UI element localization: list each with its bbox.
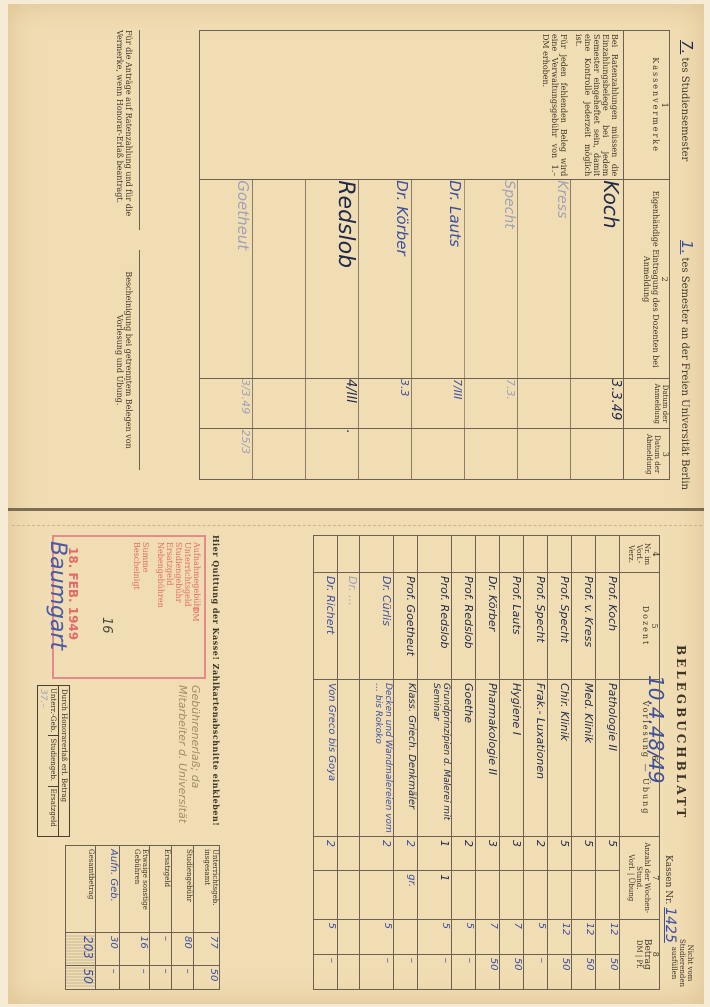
receipt-area: Hier Quittung der Kasse! Zahlkartenabsch… — [30, 535, 220, 835]
table-row: Dr. CürlisDecken und Wandmalereien vom …… — [360, 536, 394, 990]
footer-ratenzahlung-note: Für die Anträge auf Ratenzahlung und für… — [115, 30, 140, 230]
col-1-header: 1 Kassenvermerke — [624, 31, 670, 180]
not-by-students-note: Nicht vom Studierenden ausfüllen — [670, 935, 694, 991]
totals-table: Unterrichtsgeb. insgesamt7750 Studiengeb… — [65, 845, 220, 990]
col-6-header: 6Vorlesung — Übung — [620, 680, 660, 837]
table-row: Dr. KörberPharmakologie II3750 — [476, 536, 500, 990]
col-4-header: 4Nr. im Vorl.-Verz. — [620, 536, 660, 573]
cashier-stamp: Aufnahmegebühr Unterrichtsgeld Studienge… — [52, 535, 206, 679]
table-row: Prof. GoetheutKlass. Griech. Denkmäler2g… — [394, 536, 418, 990]
signatures-cell: Koch Kress Specht Dr. Lauts Dr. Körber R… — [200, 180, 624, 379]
col-3a-header: Datum der Anmeldung — [624, 378, 670, 429]
date-in-cell: 3.3.49 7.3. 7/III 3.3 4/III 3/3.49 — [200, 378, 624, 429]
page-title: BELEGBUCHBLATT — [674, 645, 688, 820]
totals-row: Unterrichtsgeb. insgesamt7750 — [194, 846, 220, 990]
fu-semester-line: 1. tes Semester an der Freien Universitä… — [678, 240, 696, 490]
table-row: Dr. … — [338, 536, 360, 990]
grand-total-row: Gesamtbetrag20350 — [66, 846, 96, 990]
honorar-box: Durch Honorarerlaß erl. Betrag Unterr.-G… — [37, 685, 70, 837]
top-page: 7. tes Studiensemester 1. tes Semester a… — [20, 20, 700, 490]
table-row: Prof. v. KressMed. Klinik51250 — [572, 536, 596, 990]
footer-bescheinigung-note: Bescheinigung bei getrenntem Belegen von… — [115, 250, 140, 470]
instructions-cell: Bei Ratenzahlungen müssen die Einzahlung… — [200, 31, 624, 180]
col-8-header: 8BetragDM | Pf. — [620, 919, 660, 989]
table-row: Prof. SpechtFrak.- Luxationen25– — [524, 536, 548, 990]
cashier-signature: Baumgart — [45, 541, 70, 650]
bottom-page: BELEGBUCHBLATT 10.4.48/49 Kassen Nr. 142… — [20, 525, 700, 995]
table-row: Prof. KochPathologie II51250 — [596, 536, 620, 990]
col-2-header: 2 Eigenhändige Eintragung des Dozenten b… — [624, 180, 670, 379]
table-row: Prof. LautsHygiene I3750 — [500, 536, 524, 990]
totals-row: Etwaige sonstige Gebühren16– — [120, 846, 150, 990]
col-5-header: 5Dozent — [620, 573, 660, 680]
table-row: Prof. RedslobGrundprinzipien d. Malerei … — [418, 536, 452, 990]
col-3b-header: 3Datum der Abmeldung — [624, 429, 670, 480]
table-row: Prof. RedslobGoethe25– — [452, 536, 476, 990]
date-out-cell: . 25/3 — [200, 429, 624, 480]
totals-row: Studiengebühr80– — [172, 846, 194, 990]
totals-row: Ersatzgeld–– — [150, 846, 172, 990]
page-fold — [8, 508, 704, 511]
semester-line: 7. tes Studiensemester — [678, 40, 696, 161]
top-register-table: 1 Kassenvermerke 2 Eigenhändige Eintragu… — [199, 30, 670, 480]
table-row: Prof. SpechtChir. Klinik51250 — [548, 536, 572, 990]
kassen-nr: Kassen Nr. 1425 — [662, 855, 678, 943]
lecture-table: 4Nr. im Vorl.-Verz. 5Dozent 6Vorlesung —… — [313, 535, 660, 990]
col-7-header: 7Anzahl der Wochen-Stund.Vorl. | Übung — [620, 837, 660, 920]
totals-row: Aufn. Geb.30– — [96, 846, 120, 990]
table-row: Dr. RichertVon Greco bis Goya25– — [314, 536, 338, 990]
